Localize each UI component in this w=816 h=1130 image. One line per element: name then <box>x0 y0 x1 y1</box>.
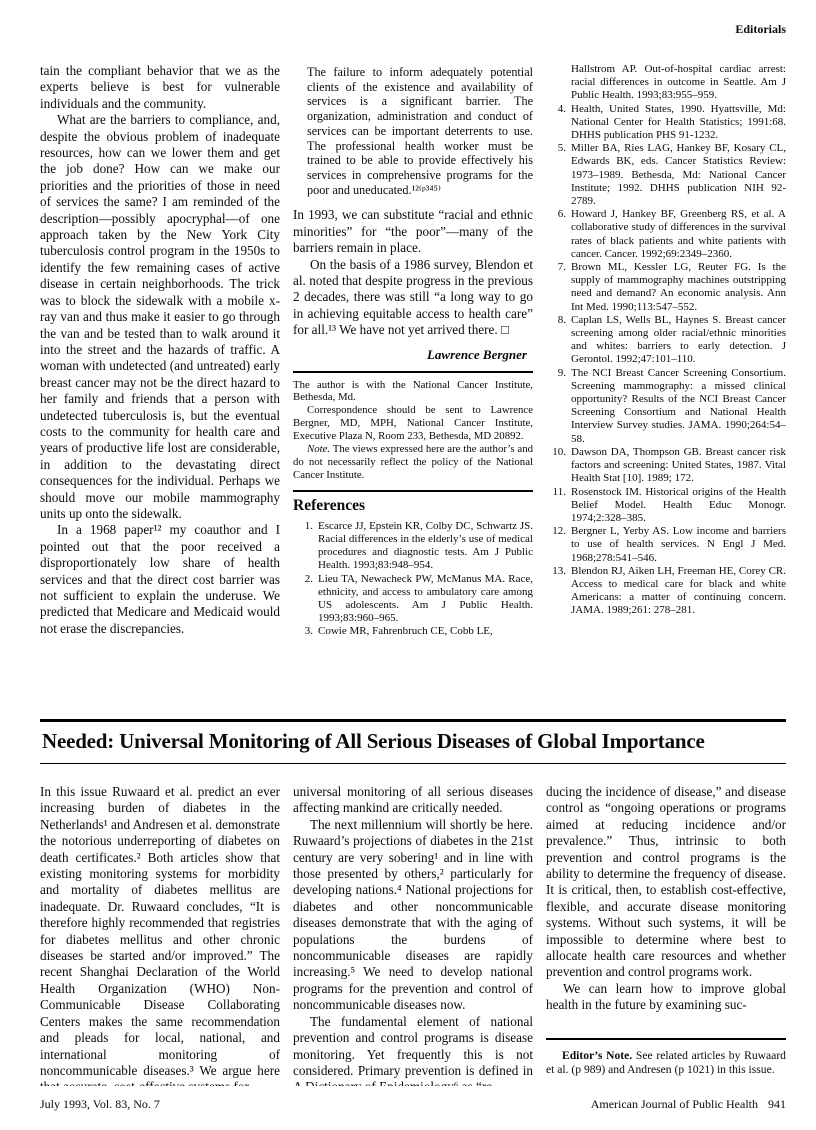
reference-text: Howard J, Hankey BF, Greenberg RS, et al… <box>571 208 786 261</box>
reference-number: 8. <box>546 314 571 367</box>
reference-text: Miller BA, Ries LAG, Hankey BF, Kosary C… <box>571 142 786 208</box>
page-footer: July 1993, Vol. 83, No. 7 American Journ… <box>40 1097 786 1112</box>
journal-info: American Journal of Public Health941 <box>591 1097 786 1112</box>
journal-page: Editorials tain the compliant behavior t… <box>0 0 816 1130</box>
body-paragraph: ducing the incidence of disease,” and di… <box>546 784 786 981</box>
article2-title-block: Needed: Universal Monitoring of All Seri… <box>40 719 786 764</box>
reference-item: 13. Blendon RJ, Aiken LH, Freeman HE, Co… <box>546 565 786 618</box>
editorial-article-1: tain the compliant behavior that we as t… <box>40 63 786 705</box>
article2-column-1: In this issue Ruwaard et al. predict an … <box>40 784 280 1086</box>
reference-number: 9. <box>546 367 571 446</box>
article1-column-1: tain the compliant behavior that we as t… <box>40 63 280 705</box>
body-paragraph: universal monitoring of all serious dise… <box>293 784 533 817</box>
references-heading: References <box>293 490 533 515</box>
reference-text: The NCI Breast Cancer Screening Consorti… <box>571 367 786 446</box>
issue-info: July 1993, Vol. 83, No. 7 <box>40 1097 160 1112</box>
editorial-article-2: In this issue Ruwaard et al. predict an … <box>40 784 786 1086</box>
reference-item: 4. Health, United States, 1990. Hyattsvi… <box>546 103 786 143</box>
section-label: Editorials <box>40 22 786 37</box>
reference-item: 8. Caplan LS, Wells BL, Haynes S. Breast… <box>546 314 786 367</box>
disclaimer-note: Note. The views expressed here are the a… <box>293 443 533 482</box>
body-paragraph: In a 1968 paper¹² my coauthor and I poin… <box>40 522 280 637</box>
editors-note: Editor’s Note. See related articles by R… <box>546 1038 786 1078</box>
reference-item: 12. Bergner L, Yerby AS. Low income and … <box>546 525 786 565</box>
correspondence-note: Correspondence should be sent to Lawrenc… <box>293 404 533 443</box>
reference-item: 2. Lieu TA, Newacheck PW, McManus MA. Ra… <box>293 573 533 626</box>
body-paragraph: In this issue Ruwaard et al. predict an … <box>40 784 280 1086</box>
journal-title: American Journal of Public Health <box>591 1097 758 1111</box>
reference-text: Brown ML, Kessler LG, Reuter FG. Is the … <box>571 261 786 314</box>
reference-text: Caplan LS, Wells BL, Haynes S. Breast ca… <box>571 314 786 367</box>
reference-item: 11. Rosenstock IM. Historical origins of… <box>546 486 786 526</box>
article1-column-2: The failure to inform adequately potenti… <box>293 63 533 705</box>
reference-number: 3. <box>293 625 318 638</box>
reference-number: 12. <box>546 525 571 565</box>
body-paragraph: We can learn how to improve global healt… <box>546 981 786 1014</box>
reference-text: Bergner L, Yerby AS. Low income and barr… <box>571 525 786 565</box>
reference-number: 11. <box>546 486 571 526</box>
reference-number: 5. <box>546 142 571 208</box>
article2-column-3: ducing the incidence of disease,” and di… <box>546 784 786 1086</box>
reference-item: 5. Miller BA, Ries LAG, Hankey BF, Kosar… <box>546 142 786 208</box>
author-signature: Lawrence Bergner <box>293 347 527 363</box>
reference-number: 13. <box>546 565 571 618</box>
reference-number: 4. <box>546 103 571 143</box>
reference-text: Lieu TA, Newacheck PW, McManus MA. Race,… <box>318 573 533 626</box>
article1-column-3: Hallstrom AP. Out-of-hospital cardiac ar… <box>546 63 786 705</box>
reference-item: 3. Cowie MR, Fahrenbruch CE, Cobb LE, <box>293 625 533 638</box>
author-note: The author is with the National Cancer I… <box>293 371 533 482</box>
references-list-col2: 1. Escarce JJ, Epstein KR, Colby DC, Sch… <box>293 520 533 639</box>
reference-text: Escarce JJ, Epstein KR, Colby DC, Schwar… <box>318 520 533 573</box>
reference-number: 1. <box>293 520 318 573</box>
body-paragraph: In 1993, we can substitute “racial and e… <box>293 207 533 256</box>
reference-item: 10. Dawson DA, Thompson GB. Breast cance… <box>546 446 786 486</box>
page-number: 941 <box>768 1097 786 1111</box>
reference-text: Cowie MR, Fahrenbruch CE, Cobb LE, <box>318 625 533 638</box>
article2-title: Needed: Universal Monitoring of All Seri… <box>42 729 786 754</box>
reference-3-continuation: Hallstrom AP. Out-of-hospital cardiac ar… <box>571 63 786 103</box>
reference-text: Health, United States, 1990. Hyattsville… <box>571 103 786 143</box>
reference-number: 10. <box>546 446 571 486</box>
reference-item: 7. Brown ML, Kessler LG, Reuter FG. Is t… <box>546 261 786 314</box>
body-paragraph: tain the compliant behavior that we as t… <box>40 63 280 112</box>
body-paragraph: What are the barriers to compliance, and… <box>40 112 280 522</box>
reference-text: Blendon RJ, Aiken LH, Freeman HE, Corey … <box>571 565 786 618</box>
body-paragraph: On the basis of a 1986 survey, Blendon e… <box>293 257 533 339</box>
body-paragraph: The next millennium will shortly be here… <box>293 817 533 1014</box>
reference-item: 1. Escarce JJ, Epstein KR, Colby DC, Sch… <box>293 520 533 573</box>
body-paragraph: The fundamental element of national prev… <box>293 1014 533 1086</box>
references-list-col3: 4. Health, United States, 1990. Hyattsvi… <box>546 103 786 618</box>
reference-item: 9. The NCI Breast Cancer Screening Conso… <box>546 367 786 446</box>
article2-column-3-paragraphs: ducing the incidence of disease,” and di… <box>546 784 786 1014</box>
article1-column-2-paragraphs: In 1993, we can substitute “racial and e… <box>293 207 533 338</box>
reference-number: 7. <box>546 261 571 314</box>
reference-text: Dawson DA, Thompson GB. Breast cancer ri… <box>571 446 786 486</box>
block-quote: The failure to inform adequately potenti… <box>307 65 533 197</box>
article2-column-2: universal monitoring of all serious dise… <box>293 784 533 1086</box>
reference-number: 2. <box>293 573 318 626</box>
editors-note-label: Editor’s Note. <box>562 1049 632 1062</box>
reference-text: Rosenstock IM. Historical origins of the… <box>571 486 786 526</box>
reference-item: 6. Howard J, Hankey BF, Greenberg RS, et… <box>546 208 786 261</box>
note-label: Note. <box>307 443 330 455</box>
reference-number: 6. <box>546 208 571 261</box>
author-affiliation: The author is with the National Cancer I… <box>293 379 533 405</box>
